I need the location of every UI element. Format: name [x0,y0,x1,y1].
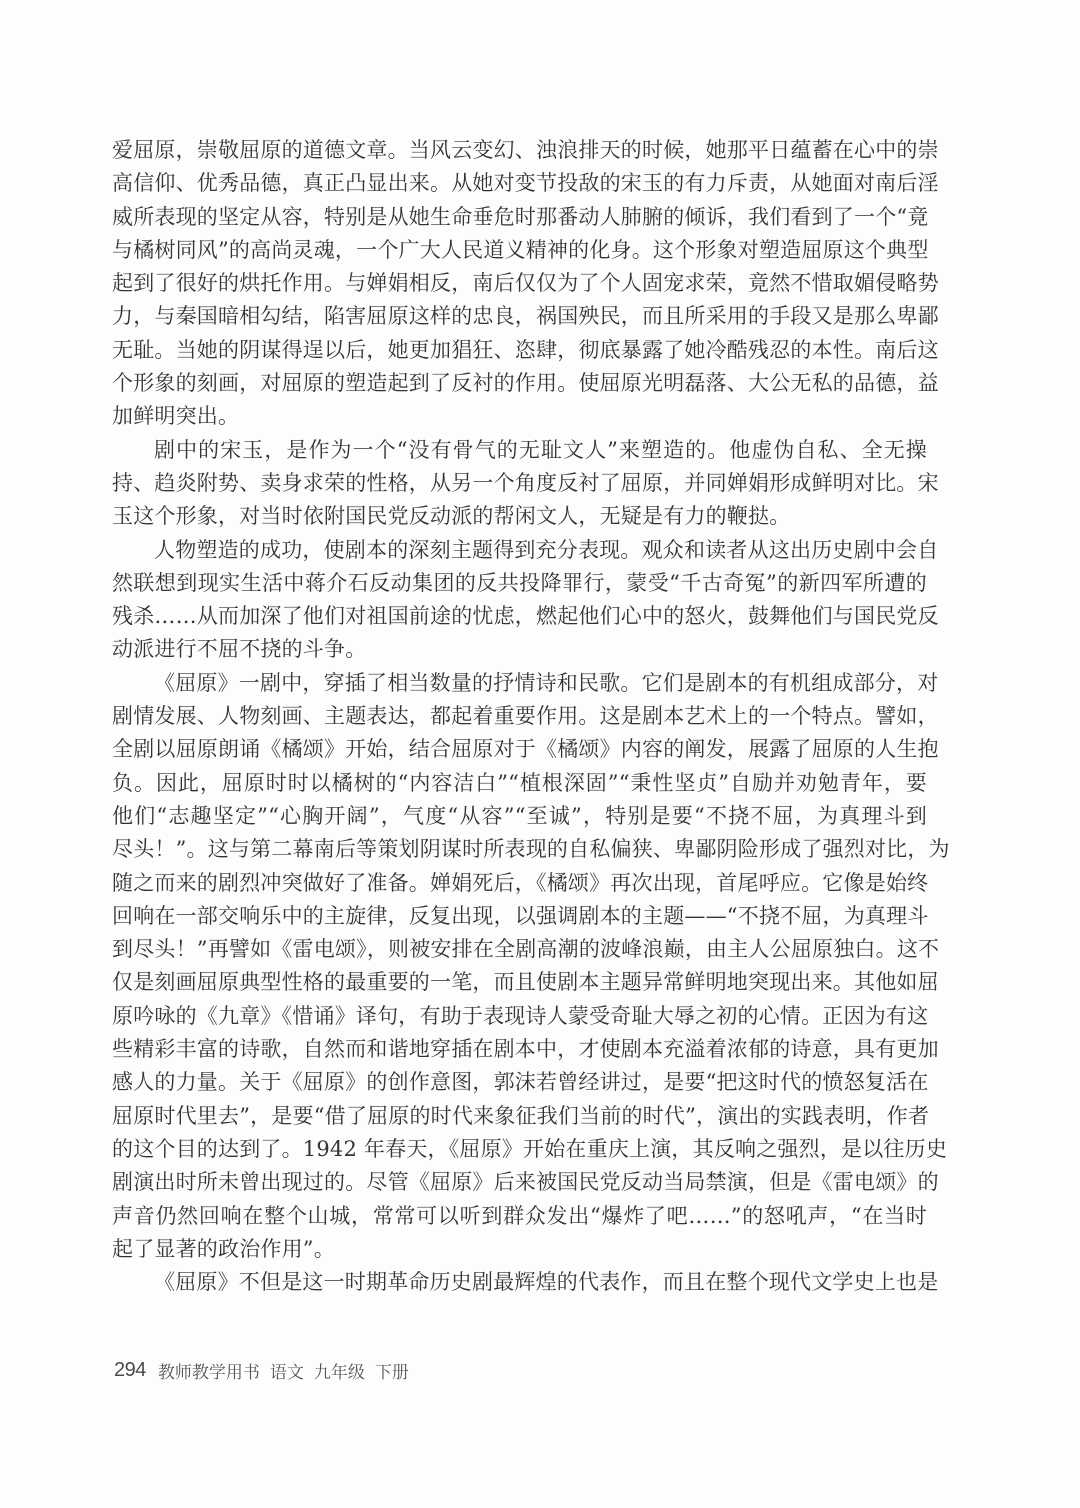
paragraph-start-line: 剧中的宋玉，是作为一个“没有骨气的无耻文人”来塑造的。他虚伪自私、全无操 [112,434,927,467]
text-line: 屈原时代里去”，是要“借了屈原的时代来象征我们当前的时代”，演出的实践表明，作者 [112,1100,927,1133]
paragraph-start-line: 人物塑造的成功，使剧本的深刻主题得到充分表现。观众和读者从这出历史剧中会自 [112,534,927,567]
body-text: 爱屈原，崇敬屈原的道德文章。当风云变幻、浊浪排天的时候，她那平日蕴蓄在心中的崇 … [112,134,927,1299]
text-line: 尽头！”。这与第二幕南后等策划阴谋时所表现的自私偏狭、卑鄙阴险形成了强烈对比，为 [112,833,927,866]
text-line: 仅是刻画屈原典型性格的最重要的一笔，而且使剧本主题异常鲜明地突现出来。其他如屈 [112,966,927,999]
text-line: 回响在一部交响乐中的主旋律，反复出现，以强调剧本的主题——“不挠不屈，为真理斗 [112,900,927,933]
text-line: 个形象的刻画，对屈原的塑造起到了反衬的作用。使屈原光明磊落、大公无私的品德，益 [112,367,927,400]
text-line: 加鲜明突出。 [112,400,927,433]
subject-label: 语文 [270,1358,304,1383]
text-line: 的这个目的达到了。1942 年春天，《屈原》开始在重庆上演，其反响之强烈，是以往… [112,1133,927,1166]
text-line: 剧情发展、人物刻画、主题表达，都起着重要作用。这是剧本艺术上的一个特点。譬如， [112,700,927,733]
text-line: 威所表现的坚定从容，特别是从她生命垂危时那番动人肺腑的倾诉，我们看到了一个“竟 [112,201,927,234]
text-line: 些精彩丰富的诗歌，自然而和谐地穿插在剧本中，才使剧本充溢着浓郁的诗意，具有更加 [112,1033,927,1066]
text-line: 动派进行不屈不挠的斗争。 [112,633,927,666]
text-line: 无耻。当她的阴谋得逞以后，她更加猖狂、恣肆，彻底暴露了她冷酷残忍的本性。南后这 [112,334,927,367]
book-title: 教师教学用书 [158,1358,260,1383]
textbook-page: 爱屈原，崇敬屈原的道德文章。当风云变幻、浊浪排天的时候，她那平日蕴蓄在心中的崇 … [0,0,1080,1508]
text-line: 然联想到现实生活中蒋介石反动集团的反共投降罪行，蒙受“千古奇冤”的新四军所遭的 [112,567,927,600]
text-line: 爱屈原，崇敬屈原的道德文章。当风云变幻、浊浪排天的时候，她那平日蕴蓄在心中的崇 [112,134,927,167]
text-line: 全剧以屈原朗诵《橘颂》开始，结合屈原对于《橘颂》内容的阐发，展露了屈原的人生抱 [112,733,927,766]
text-line: 到尽头！”再譬如《雷电颂》，则被安排在全剧高潮的波峰浪巅，由主人公屈原独白。这不 [112,933,927,966]
text-line: 与橘树同风”的高尚灵魂，一个广大人民道义精神的化身。这个形象对塑造屈原这个典型 [112,234,927,267]
page-footer: 294 教师教学用书 语文 九年级 下册 [114,1355,419,1385]
text-line: 原吟咏的《九章》《惜诵》译句，有助于表现诗人蒙受奇耻大辱之初的心情。正因为有这 [112,1000,927,1033]
text-line: 起到了很好的烘托作用。与婵娟相反，南后仅仅为了个人固宠求荣，竟然不惜取媚侵略势 [112,267,927,300]
text-line: 持、趋炎附势、卖身求荣的性格，从另一个角度反衬了屈原，并同婵娟形成鲜明对比。宋 [112,467,927,500]
paragraph-start-line: 《屈原》不但是这一时期革命历史剧最辉煌的代表作，而且在整个现代文学史上也是 [112,1266,927,1299]
text-line: 力，与秦国暗相勾结，陷害屈原这样的忠良，祸国殃民，而且所采用的手段又是那么卑鄙 [112,300,927,333]
page-number: 294 [114,1359,146,1382]
text-line: 起了显著的政治作用”。 [112,1233,927,1266]
text-line: 负。因此，屈原时时以橘树的“内容洁白”“植根深固”“秉性坚贞”自励并劝勉青年，要 [112,767,927,800]
text-line: 残杀……从而加深了他们对祖国前途的忧虑，燃起他们心中的怒火，鼓舞他们与国民党反 [112,600,927,633]
text-line: 玉这个形象，对当时依附国民党反动派的帮闲文人，无疑是有力的鞭挞。 [112,500,927,533]
volume-label: 下册 [375,1358,409,1383]
text-line: 声音仍然回响在整个山城，常常可以听到群众发出“爆炸了吧……”的怒吼声，“在当时 [112,1200,927,1233]
text-line: 他们“志趣坚定”“心胸开阔”，气度“从容”“至诚”，特别是要“不挠不屈，为真理斗… [112,800,927,833]
text-line: 剧演出时所未曾出现过的。尽管《屈原》后来被国民党反动当局禁演，但是《雷电颂》的 [112,1166,927,1199]
paragraph-start-line: 《屈原》一剧中，穿插了相当数量的抒情诗和民歌。它们是剧本的有机组成部分，对 [112,667,927,700]
grade-label: 九年级 [314,1358,365,1383]
text-line: 随之而来的剧烈冲突做好了准备。婵娟死后，《橘颂》再次出现，首尾呼应。它像是始终 [112,867,927,900]
text-line: 高信仰、优秀品德，真正凸显出来。从她对变节投敌的宋玉的有力斥责，从她面对南后淫 [112,167,927,200]
text-line: 感人的力量。关于《屈原》的创作意图，郭沫若曾经讲过，是要“把这时代的愤怒复活在 [112,1066,927,1099]
